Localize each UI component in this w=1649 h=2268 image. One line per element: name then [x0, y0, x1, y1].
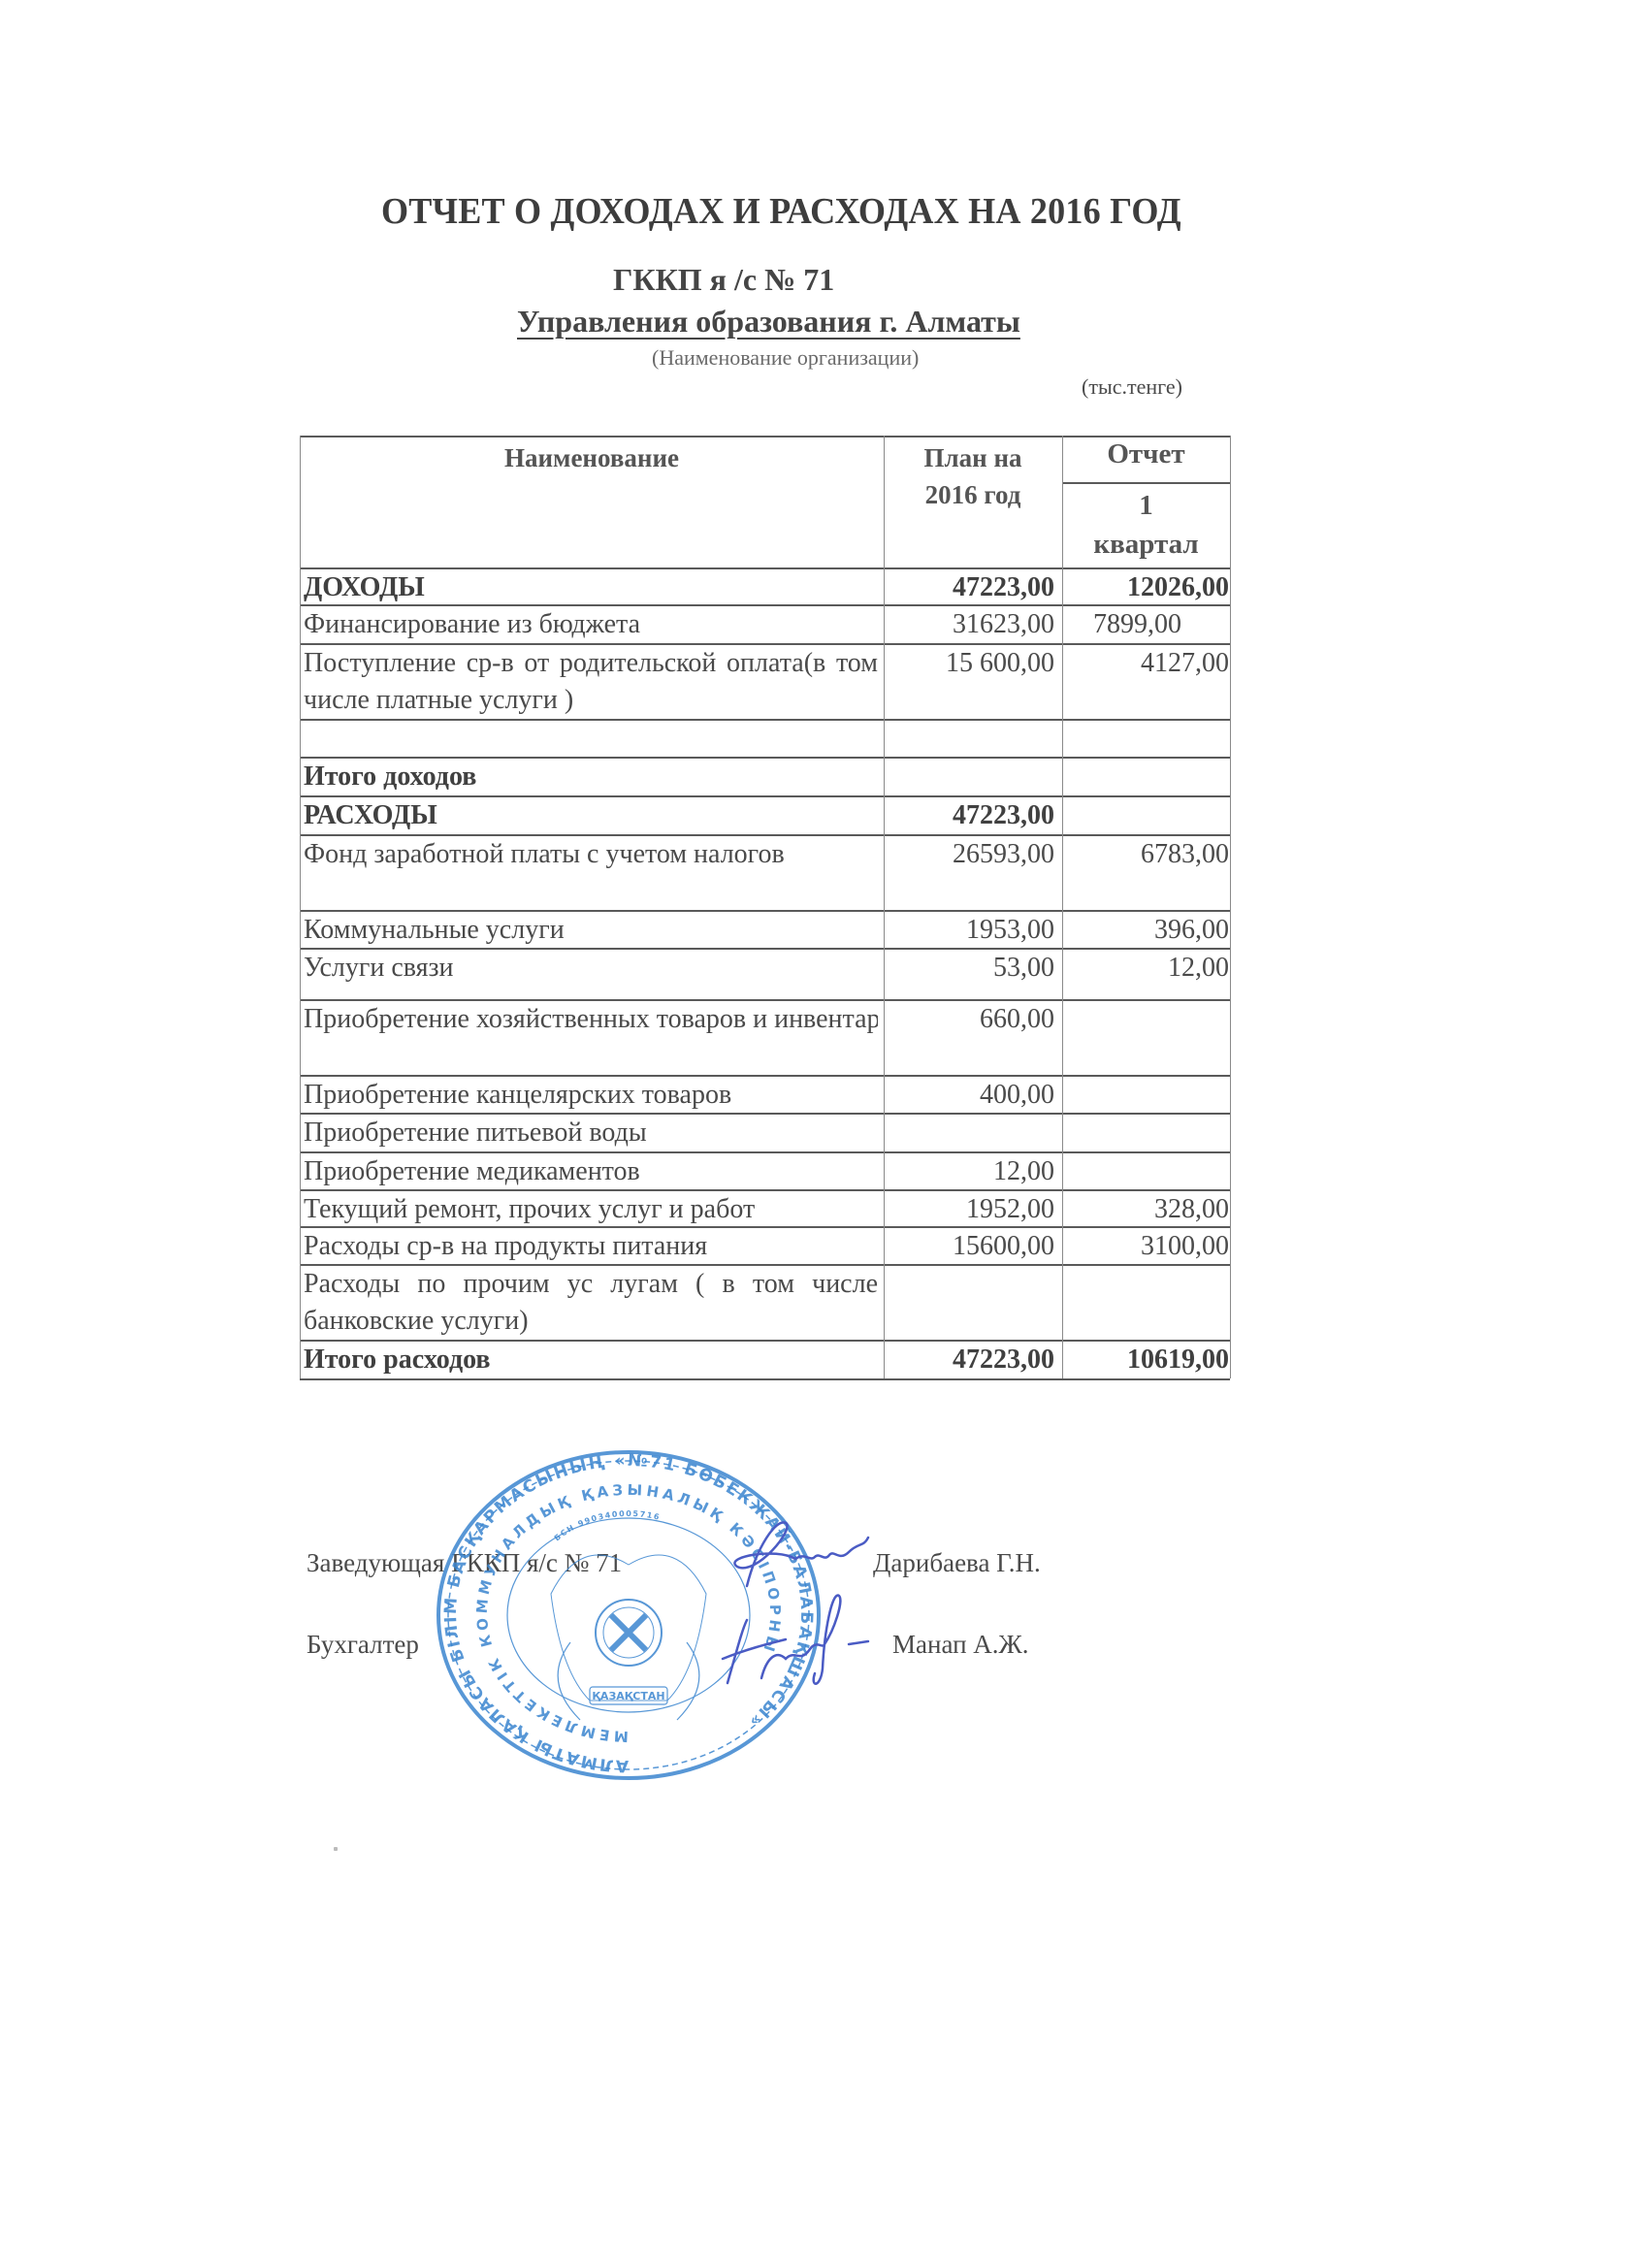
- table-row-plan: 15 600,00: [888, 645, 1054, 682]
- table-row-report: 396,00: [1066, 912, 1229, 949]
- header-subdivider: [1062, 482, 1230, 484]
- report-title: ОТЧЕТ О ДОХОДАХ И РАСХОДАХ НА 2016 ГОД: [381, 190, 1181, 233]
- organization-caption: (Наименование организации): [652, 345, 919, 371]
- stamp-bin: БСН 990340005716: [553, 1509, 662, 1543]
- table-row-name: Приобретение медикаментов: [304, 1153, 878, 1189]
- column-header-report: Отчет: [1062, 436, 1230, 472]
- table-row-plan: 1952,00: [888, 1191, 1054, 1228]
- table-row-plan: 47223,00: [888, 569, 1054, 606]
- table-row-report: 328,00: [1066, 1191, 1229, 1228]
- table-row-name: Коммунальные услуги: [304, 912, 878, 948]
- accountant-name: Манап А.Ж.: [892, 1630, 1028, 1660]
- organization-name: Управления образования г. Алматы: [517, 304, 1020, 340]
- stamp-emblem-label: ҚАЗАҚСТАН: [592, 1690, 664, 1702]
- head-name: Дарибаева Г.Н.: [873, 1548, 1041, 1578]
- table-row-name: Фонд заработной платы с учетом налогов: [304, 836, 878, 910]
- table-row-name: Поступление ср-в от родительской оплата(…: [304, 645, 878, 719]
- table-row-name: Приобретение канцелярских товаров: [304, 1077, 878, 1113]
- table-row-name: Приобретение питьевой воды: [304, 1115, 878, 1151]
- table-row-plan: 47223,00: [888, 1342, 1054, 1378]
- table-row-report: 6783,00: [1066, 836, 1229, 873]
- column-header-quarter-line1: 1: [1062, 486, 1230, 525]
- table-row-plan: 47223,00: [888, 797, 1054, 834]
- table-row-name: Итого расходов: [304, 1342, 878, 1378]
- head-signature: [718, 1508, 873, 1596]
- column-divider: [300, 436, 301, 1378]
- table-row-report: 4127,00: [1066, 645, 1229, 682]
- table-row-report: 7899,00: [1066, 606, 1229, 643]
- table-row-name: Услуги связи: [304, 950, 878, 999]
- row-divider: [300, 1378, 1230, 1380]
- table-row-name: Итого доходов: [304, 759, 878, 795]
- table-row-plan: 400,00: [888, 1077, 1054, 1114]
- accountant-signature: [708, 1591, 873, 1698]
- table-row-name: Приобретение хозяйственных товаров и инв…: [304, 1001, 878, 1075]
- column-header-quarter-line2: квартал: [1062, 525, 1230, 564]
- table-row-name: Расходы ср-в на продукты питания: [304, 1228, 878, 1264]
- column-header-plan: План на 2016 год: [884, 439, 1062, 513]
- table-row-name: Текущий ремонт, прочих услуг и работ: [304, 1191, 878, 1226]
- table-row-name: Расходы по прочим ус лугам ( в том числе…: [304, 1266, 878, 1340]
- table-row-report: 3100,00: [1066, 1228, 1229, 1265]
- table-row-report: 12,00: [1066, 950, 1229, 987]
- table-row-plan: 31623,00: [888, 606, 1054, 643]
- table-row-name: ДОХОДЫ: [304, 569, 878, 604]
- table-border-top: [300, 436, 1230, 437]
- table-row-name: РАСХОДЫ: [304, 797, 878, 834]
- column-divider: [884, 436, 885, 1378]
- table-row-report: 12026,00: [1066, 569, 1229, 606]
- table-row-plan: 660,00: [888, 1001, 1054, 1038]
- accountant-title: Бухгалтер: [307, 1630, 419, 1660]
- scan-speck: [334, 1847, 338, 1851]
- table-row-plan: 12,00: [888, 1153, 1054, 1190]
- units-label: (тыс.тенге): [1082, 374, 1182, 400]
- table-row-plan: 15600,00: [888, 1228, 1054, 1265]
- column-header-quarter: 1 квартал: [1062, 486, 1230, 564]
- column-header-plan-line1: План на: [884, 439, 1062, 476]
- table-row-plan: 53,00: [888, 950, 1054, 987]
- income-expense-table: Наименование План на 2016 год Отчет 1 кв…: [300, 436, 1230, 1378]
- table-row-name: [304, 721, 878, 757]
- table-row-report: 10619,00: [1066, 1342, 1229, 1378]
- column-divider: [1230, 436, 1231, 1378]
- column-divider: [1062, 436, 1063, 1378]
- column-header-name: Наименование: [300, 439, 884, 476]
- table-row-plan: 26593,00: [888, 836, 1054, 873]
- table-row-plan: 1953,00: [888, 912, 1054, 949]
- table-row-name: Финансирование из бюджета: [304, 606, 878, 643]
- svg-text:БСН 990340005716: БСН 990340005716: [553, 1509, 662, 1543]
- organization-number: ГККП я /с № 71: [613, 262, 834, 298]
- column-header-plan-line2: 2016 год: [884, 476, 1062, 513]
